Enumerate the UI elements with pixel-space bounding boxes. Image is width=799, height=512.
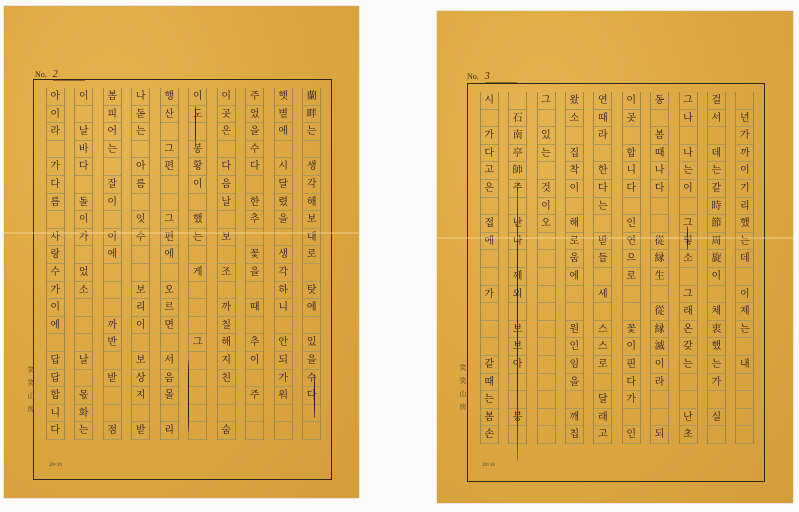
grid-cell: 추 — [246, 334, 263, 352]
grid-cell: 周 — [708, 233, 725, 251]
grid-cell: 깨 — [566, 409, 583, 427]
grid-cell: 그 — [680, 215, 697, 233]
grid-cell — [303, 264, 320, 282]
grid-cell — [538, 250, 555, 268]
grid-cell — [189, 299, 206, 317]
grid-cell: 수 — [303, 370, 320, 388]
grid-cell: 편 — [161, 158, 178, 176]
grid-cell: 음 — [218, 176, 235, 194]
grid-cell: 조 — [218, 264, 235, 282]
grid-cell: 는 — [736, 233, 753, 251]
grid-cell: 볕 — [275, 106, 292, 124]
grid-cell: 에 — [161, 246, 178, 264]
grid-cell: 때 — [246, 299, 263, 317]
grid-cell: 렇 — [680, 233, 697, 251]
grid-cell — [303, 405, 320, 423]
grid-cell: 생 — [303, 158, 320, 176]
grid-cell: 생 — [275, 246, 292, 264]
grid-cell: 수 — [246, 141, 263, 159]
grid-cell — [680, 374, 697, 392]
grid-cell: 고 — [481, 162, 498, 180]
grid-cell: 까 — [736, 145, 753, 163]
grid-cell: 이 — [75, 211, 92, 229]
grid-cell: 칠 — [218, 317, 235, 335]
grid-cell: 로 — [623, 268, 640, 286]
grid-cell: 節 — [708, 215, 725, 233]
grid-cell — [189, 422, 206, 440]
grid-cell — [680, 198, 697, 216]
grid-cell: 화 — [75, 405, 92, 423]
grid-cell — [47, 334, 64, 352]
grid-cell: 있 — [303, 334, 320, 352]
grid-cell: 나 — [132, 88, 149, 106]
grid-cell: 서 — [708, 110, 725, 128]
grid-cell: 것 — [538, 180, 555, 198]
grid-cell: 가 — [481, 286, 498, 304]
grid-cell: 나 — [680, 145, 697, 163]
grid-cell — [132, 246, 149, 264]
grid-cell: 르 — [161, 299, 178, 317]
grid-cell — [75, 370, 92, 388]
grid-cell: 봄 — [651, 127, 668, 145]
grid-cell: 을 — [246, 264, 263, 282]
grid-cell: 가 — [47, 282, 64, 300]
grid-cell: 을 — [303, 352, 320, 370]
grid-cell: 오 — [538, 215, 555, 233]
grid-cell — [509, 92, 526, 110]
grid-cell: 스 — [594, 321, 611, 339]
grid-cell — [481, 198, 498, 216]
grid-cell: 기 — [736, 180, 753, 198]
grid-cell: 을 — [566, 374, 583, 392]
grid-cell: 었 — [246, 106, 263, 124]
grid-cell: 봉 — [189, 141, 206, 159]
grid-cell: 면 — [161, 317, 178, 335]
grid-cell: 봄 — [104, 88, 121, 106]
grid-cell — [680, 268, 697, 286]
grid-cell: 날 — [218, 194, 235, 212]
grid-cell — [104, 158, 121, 176]
grid-cell: 을 — [246, 123, 263, 141]
grid-cell — [481, 110, 498, 128]
grid-cell: 각 — [303, 176, 320, 194]
grid-cell: 소 — [680, 250, 697, 268]
grid-cell: 이 — [538, 198, 555, 216]
grid-cell: 다 — [75, 158, 92, 176]
grid-column: 걸서데는같時節周旋이체衷했는가실 — [707, 92, 726, 444]
grid-cell — [623, 198, 640, 216]
grid-cell: 음 — [161, 370, 178, 388]
grid-cell: 에 — [303, 299, 320, 317]
grid-cell: 온 — [680, 321, 697, 339]
grid-cell — [218, 211, 235, 229]
grid-column: 주었을수다한추꽃을때추이주 — [245, 88, 264, 440]
grid-cell: 는 — [680, 356, 697, 374]
grid-cell: 으 — [623, 250, 640, 268]
page-number-value: 3 — [485, 71, 517, 83]
grid-cell: 받 — [104, 370, 121, 388]
grid-cell — [47, 141, 64, 159]
grid-cell: 는 — [104, 141, 121, 159]
grid-cell: 게 — [189, 264, 206, 282]
grid-cell: 주 — [246, 88, 263, 106]
grid-cell — [594, 268, 611, 286]
grid-cell: 그 — [680, 286, 697, 304]
grid-cell: 해 — [303, 194, 320, 212]
grid-cell — [303, 141, 320, 159]
grid-cell: 연 — [594, 92, 611, 110]
grid-cell: 亭 — [509, 145, 526, 163]
grid-cell — [161, 194, 178, 212]
grid-cell — [189, 370, 206, 388]
grid-cell: 지 — [218, 352, 235, 370]
grid-cell: 내 — [736, 356, 753, 374]
grid-cell: 시 — [275, 158, 292, 176]
grid-cell: 는 — [189, 229, 206, 247]
grid-cell: 초 — [680, 426, 697, 444]
grid-cell: 어 — [104, 123, 121, 141]
grid-cell: 각 — [275, 264, 292, 282]
grid-cell — [481, 250, 498, 268]
grid-cell — [104, 282, 121, 300]
grid-cell: 때 — [651, 145, 668, 163]
grid-cell — [275, 317, 292, 335]
grid-cell — [218, 387, 235, 405]
grid-cell: 다 — [47, 176, 64, 194]
grid-cell — [538, 356, 555, 374]
grid-cell — [218, 141, 235, 159]
grid-column: 시가다고은접에가같때는봄손 — [480, 92, 499, 444]
grid-cell: 이 — [104, 229, 121, 247]
grid-cell: 從 — [651, 233, 668, 251]
grid-cell — [75, 176, 92, 194]
grid-cell: 는 — [75, 422, 92, 440]
grid-cell: 가 — [623, 391, 640, 409]
grid-cell — [246, 229, 263, 247]
grid-cell: 는 — [680, 162, 697, 180]
grid-cell: 아 — [132, 158, 149, 176]
grid-cell: 되 — [275, 352, 292, 370]
grid-cell: 師 — [509, 162, 526, 180]
grid-spec-label: 20×10 — [49, 463, 62, 468]
grid-cell: 에 — [275, 123, 292, 141]
grid-cell — [708, 426, 725, 444]
grid-cell: 가 — [481, 127, 498, 145]
grid-cell: 래 — [594, 409, 611, 427]
grid-cell: 왔 — [566, 92, 583, 110]
grid-cell — [104, 299, 121, 317]
grid-cell: 다 — [651, 180, 668, 198]
grid-cell — [218, 405, 235, 423]
grid-cell: 들 — [594, 250, 611, 268]
grid-cell — [651, 391, 668, 409]
grid-cell: 지 — [132, 387, 149, 405]
grid-cell: 세 — [594, 286, 611, 304]
grid-cell — [538, 303, 555, 321]
grid-cell: 다 — [303, 387, 320, 405]
grid-cell: 이 — [104, 194, 121, 212]
grid-cell — [736, 426, 753, 444]
grid-cell: 蘭 — [303, 88, 320, 106]
grid-column: 이곳은다음날보조까칠해지친숨 — [217, 88, 236, 440]
grid-cell: 워 — [275, 387, 292, 405]
grid-cell: 서 — [161, 352, 178, 370]
grid-cell: 햇 — [275, 88, 292, 106]
grid-cell: 가 — [736, 127, 753, 145]
grid-cell: 이 — [736, 286, 753, 304]
grid-cell — [680, 127, 697, 145]
grid-cell: 랑 — [47, 246, 64, 264]
grid-cell — [708, 286, 725, 304]
grid-cell — [481, 303, 498, 321]
grid-cell: 그 — [161, 211, 178, 229]
grid-cell — [75, 334, 92, 352]
grid-cell — [594, 145, 611, 163]
grid-cell: 걸 — [708, 92, 725, 110]
grid-cell — [623, 409, 640, 427]
grid-cell: 이 — [189, 88, 206, 106]
grid-column: 그나나는이그렇소그래온갖는난초 — [679, 92, 698, 444]
grid-cell: 고 — [594, 426, 611, 444]
grid-cell — [189, 317, 206, 335]
grid-cell: 리 — [736, 198, 753, 216]
grid-cell: 상 — [132, 370, 149, 388]
grid-cell — [736, 409, 753, 427]
grid-cell: 날 — [75, 123, 92, 141]
grid-cell: 하 — [275, 282, 292, 300]
grid-cell: 보 — [303, 211, 320, 229]
grid-cell — [303, 317, 320, 335]
grid-cell — [594, 374, 611, 392]
grid-cell: 그 — [538, 92, 555, 110]
grid-cell — [161, 405, 178, 423]
grid-cell: 제 — [736, 303, 753, 321]
grid-cell — [246, 370, 263, 388]
editing-mark — [188, 360, 189, 432]
grid-cell: 나 — [651, 162, 668, 180]
grid-cell — [736, 338, 753, 356]
grid-cell — [132, 141, 149, 159]
grid-cell — [218, 282, 235, 300]
grid-cell — [132, 194, 149, 212]
grid-cell — [132, 334, 149, 352]
grid-cell: 이 — [218, 88, 235, 106]
grid-cell: 이 — [47, 106, 64, 124]
grid-cell: 이 — [680, 180, 697, 198]
grid-cell: 반 — [104, 334, 121, 352]
insertion-mark-line — [517, 181, 518, 461]
grid-cell — [275, 422, 292, 440]
grid-cell: 다 — [246, 158, 263, 176]
manuscript-page-right: No.3 년가까이기리했는데이제는내걸서데는같時節周旋이체衷했는가실그나나는이그… — [437, 11, 793, 503]
grid-cell — [104, 387, 121, 405]
grid-cell: 합 — [623, 145, 640, 163]
grid-column: 행산그편그편에오르면서음몰리 — [160, 88, 179, 440]
grid-cell — [246, 282, 263, 300]
grid-cell: 름 — [132, 176, 149, 194]
grid-cell: 다 — [47, 422, 64, 440]
grid-cell: 그 — [680, 92, 697, 110]
grid-cell: 체 — [708, 303, 725, 321]
grid-cell: 원 — [566, 321, 583, 339]
grid-cell — [161, 264, 178, 282]
grid-cell — [189, 246, 206, 264]
page-number-label: No.3 — [467, 71, 517, 83]
manuscript-grid: 년가까이기리했는데이제는내걸서데는같時節周旋이체衷했는가실그나나는이그렇소그래온… — [467, 83, 765, 482]
grid-cell: 한 — [594, 162, 611, 180]
grid-cell: 는 — [481, 391, 498, 409]
grid-cell: 는 — [708, 162, 725, 180]
grid-cell — [736, 391, 753, 409]
grid-cell — [736, 374, 753, 392]
grid-cell: 동 — [651, 92, 668, 110]
grid-cell: 衷 — [708, 321, 725, 339]
grid-cell — [104, 352, 121, 370]
grid-cell: 石 — [509, 110, 526, 128]
grid-cell: 한 — [246, 194, 263, 212]
grid-cell: 소 — [75, 282, 92, 300]
grid-cell: 는 — [708, 356, 725, 374]
grid-cell: 집 — [566, 145, 583, 163]
grid-cell — [161, 176, 178, 194]
grid-cell: 가 — [275, 370, 292, 388]
grid-cell — [651, 286, 668, 304]
grid-cell — [538, 321, 555, 339]
grid-cell — [104, 405, 121, 423]
grid-cell — [708, 391, 725, 409]
grid-cell: 은 — [218, 123, 235, 141]
grid-cell: 이 — [189, 176, 206, 194]
grid-cell — [538, 338, 555, 356]
manuscript-page-left: No.2 蘭畔는생각해보대로탓에있을수다햇볕에시달렸을생각하니안되가워주었을수다… — [4, 6, 359, 498]
grid-cell: 이 — [132, 317, 149, 335]
grid-cell: 했 — [708, 338, 725, 356]
grid-cell: 는 — [736, 321, 753, 339]
grid-cell: 데 — [708, 145, 725, 163]
grid-cell — [75, 106, 92, 124]
grid-cell: 畔 — [303, 106, 320, 124]
editing-mark — [195, 106, 196, 144]
grid-cell: 움 — [566, 250, 583, 268]
grid-cell: 봄 — [481, 409, 498, 427]
grid-cell: 추 — [246, 211, 263, 229]
grid-cell: 합 — [47, 387, 64, 405]
grid-cell — [75, 317, 92, 335]
grid-cell: 보 — [218, 229, 235, 247]
grid-cell: 에 — [566, 268, 583, 286]
grid-cell: 잘 — [104, 176, 121, 194]
grid-cell — [303, 422, 320, 440]
editing-mark — [314, 374, 315, 418]
grid-cell — [736, 92, 753, 110]
grid-cell: 잇 — [132, 211, 149, 229]
grid-cell: 임 — [566, 356, 583, 374]
grid-cell: 가 — [47, 158, 64, 176]
grid-cell — [623, 303, 640, 321]
grid-cell: 주 — [246, 387, 263, 405]
grid-column: 봄피어는잘이이에까반받점 — [103, 88, 122, 440]
grid-cell — [246, 317, 263, 335]
grid-cell: 이 — [566, 180, 583, 198]
grid-column: 햇볕에시달렸을생각하니안되가워 — [274, 88, 293, 440]
grid-cell — [680, 391, 697, 409]
grid-cell: 인 — [623, 426, 640, 444]
grid-cell: 아 — [47, 88, 64, 106]
grid-cell — [538, 391, 555, 409]
grid-cell — [189, 405, 206, 423]
grid-cell: 행 — [161, 88, 178, 106]
grid-cell: 縁 — [651, 321, 668, 339]
grid-cell: 난 — [680, 409, 697, 427]
grid-cell: 로 — [303, 246, 320, 264]
grid-cell: 받 — [132, 422, 149, 440]
grid-cell — [481, 338, 498, 356]
grid-cell: 핀 — [623, 356, 640, 374]
grid-cell: 꽃 — [623, 321, 640, 339]
grid-cell: 다 — [623, 180, 640, 198]
grid-cell: 보 — [132, 282, 149, 300]
grid-cell: 이 — [246, 352, 263, 370]
paper-maker-stamp: 笑笑山房 — [26, 366, 36, 418]
grid-cell — [161, 334, 178, 352]
grid-cell — [651, 110, 668, 128]
grid-cell — [246, 405, 263, 423]
grid-cell — [651, 409, 668, 427]
grid-cell: 었 — [75, 264, 92, 282]
grid-cell — [189, 352, 206, 370]
grid-cell: 니 — [47, 405, 64, 423]
grid-cell: 보 — [132, 352, 149, 370]
grid-cell: 는 — [538, 145, 555, 163]
grid-cell — [132, 405, 149, 423]
grid-cell: 탓 — [303, 282, 320, 300]
grid-cell: 해 — [566, 215, 583, 233]
grid-cell: 南 — [509, 127, 526, 145]
grid-cell: 피 — [104, 106, 121, 124]
grid-cell: 에 — [481, 233, 498, 251]
grid-column: 蘭畔는생각해보대로탓에있을수다 — [302, 88, 321, 440]
grid-column: 왔소집착이해로움에원인임을깨칩 — [565, 92, 584, 444]
grid-cell: 이 — [623, 338, 640, 356]
grid-cell: 같 — [481, 356, 498, 374]
grid-cell — [538, 110, 555, 128]
grid-cell: 황 — [189, 158, 206, 176]
grid-cell — [481, 268, 498, 286]
grid-cell — [189, 123, 206, 141]
grid-cell: 사 — [47, 229, 64, 247]
editing-mark — [687, 226, 688, 250]
grid-cell: 실 — [708, 409, 725, 427]
grid-cell: 리 — [161, 422, 178, 440]
grid-cell: 生 — [651, 268, 668, 286]
grid-cell: 연 — [623, 233, 640, 251]
grid-cell: 점 — [104, 422, 121, 440]
grid-cell — [538, 426, 555, 444]
grid-cell: 있 — [538, 127, 555, 145]
grid-cell — [594, 303, 611, 321]
grid-cell: 도 — [189, 106, 206, 124]
grid-cell — [189, 282, 206, 300]
grid-cell — [651, 198, 668, 216]
grid-cell: 이 — [651, 356, 668, 374]
grid-cell: 스 — [594, 338, 611, 356]
grid-cell: 은 — [481, 180, 498, 198]
grid-cell — [708, 127, 725, 145]
grid-cell — [538, 286, 555, 304]
grid-cell: 는 — [303, 123, 320, 141]
grid-cell: 까 — [218, 299, 235, 317]
grid-cell: 받 — [594, 233, 611, 251]
